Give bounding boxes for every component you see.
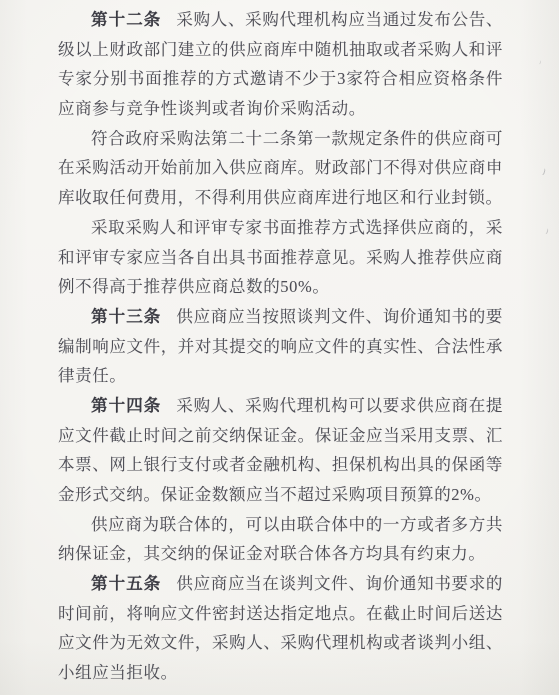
article-number: 第十五条 [91,574,161,593]
scan-speck [536,59,542,64]
line-text: 和评审专家应当各自出具书面推荐意见。采购人推荐供应商的比 [58,248,503,273]
line-text: 应文件截止时间之前交纳保证金。保证金应当采用支票、汇票、 [58,426,503,451]
line-text: 专家分别书面推荐的方式邀请不少于3家符合相应资格条件的供 [58,69,503,94]
text-line: 小组应当拒收。 [58,658,503,688]
paragraph-first-line: 采取采购人和评审专家书面推荐方式选择供应商的，采购人 [58,213,503,243]
text-line: 编制响应文件，并对其提交的响应文件的真实性、合法性承担法 [58,332,503,362]
text-line: 在采购活动开始前加入供应商库。财政部门不得对供应商申请入 [58,153,503,183]
line-text: 纳保证金，其交纳的保证金对联合体各方均具有约束力。 [58,544,486,563]
line-text: 采取采购人和评审专家书面推荐方式选择供应商的，采购人 [91,218,503,243]
document-page: 第十二条采购人、采购代理机构应当通过发布公告、从省 级以上财政部门建立的供应商库… [0,0,559,695]
text-line: 金形式交纳。保证金数额应当不超过采购项目预算的2%。 [58,480,503,510]
paragraph-article-14: 第十四条采购人、采购代理机构可以要求供应商在提交响 应文件截止时间之前交纳保证金… [58,391,503,510]
line-text: 本票、网上银行支付或者金融机构、担保机构出具的保函等非现 [58,455,503,480]
paragraph-written-recommendation: 采取采购人和评审专家书面推荐方式选择供应商的，采购人 和评审专家应当各自出具书面… [58,213,503,302]
line-text: 金形式交纳。保证金数额应当不超过采购项目预算的2%。 [58,485,492,504]
line-text: 在采购活动开始前加入供应商库。财政部门不得对供应商申请入 [58,158,503,183]
paragraph-article-12: 第十二条采购人、采购代理机构应当通过发布公告、从省 级以上财政部门建立的供应商库… [58,5,503,124]
text-line: 应文件截止时间之前交纳保证金。保证金应当采用支票、汇票、 [58,421,503,451]
paragraph-first-line: 第十二条采购人、采购代理机构应当通过发布公告、从省 [58,5,503,35]
paragraph-first-line: 供应商为联合体的，可以由联合体中的一方或者多方共同交 [58,510,503,540]
text-line: 例不得高于推荐供应商总数的50%。 [58,272,503,302]
line-text: 供应商为联合体的，可以由联合体中的一方或者多方共同交 [91,515,503,540]
line-text: 小组应当拒收。 [58,663,178,682]
article-number: 第十四条 [91,396,161,415]
scan-speck [542,227,549,234]
paragraph-consortium-deposit: 供应商为联合体的，可以由联合体中的一方或者多方共同交 纳保证金，其交纳的保证金对… [58,510,503,569]
line-text: 符合政府采购法第二十二条第一款规定条件的供应商可以 [91,129,503,154]
line-text: 时间前，将响应文件密封送达指定地点。在截止时间后送达的响 [58,604,503,629]
scan-speck [539,167,546,175]
text-line: 专家分别书面推荐的方式邀请不少于3家符合相应资格条件的供 [58,64,503,94]
text-line: 和评审专家应当各自出具书面推荐意见。采购人推荐供应商的比 [58,243,503,273]
line-text: 编制响应文件，并对其提交的响应文件的真实性、合法性承担法 [58,337,503,362]
text-line: 级以上财政部门建立的供应商库中随机抽取或者采购人和评审 [58,35,503,65]
line-text: 例不得高于推荐供应商总数的50%。 [58,277,329,296]
paragraph-first-line: 符合政府采购法第二十二条第一款规定条件的供应商可以 [58,124,503,154]
text-line: 时间前，将响应文件密封送达指定地点。在截止时间后送达的响 [58,599,503,629]
paragraph-first-line: 第十三条供应商应当按照谈判文件、询价通知书的要求 [58,302,503,332]
line-text: 级以上财政部门建立的供应商库中随机抽取或者采购人和评审 [58,40,503,65]
paragraph-supplier-pool: 符合政府采购法第二十二条第一款规定条件的供应商可以 在采购活动开始前加入供应商库… [58,124,503,213]
text-line: 律责任。 [58,361,503,391]
text-line: 应商参与竞争性谈判或者询价采购活动。 [58,94,503,124]
text-line: 库收取任何费用，不得利用供应商库进行地区和行业封锁。 [58,183,503,213]
article-number: 第十三条 [91,307,161,326]
paragraph-article-15: 第十五条供应商应当在谈判文件、询价通知书要求的截止 时间前，将响应文件密封送达指… [58,569,503,688]
paragraph-article-13: 第十三条供应商应当按照谈判文件、询价通知书的要求 编制响应文件，并对其提交的响应… [58,302,503,391]
paragraph-first-line: 第十四条采购人、采购代理机构可以要求供应商在提交响 [58,391,503,421]
line-text: 应商参与竞争性谈判或者询价采购活动。 [58,99,366,118]
article-number: 第十二条 [91,10,161,29]
line-text: 律责任。 [58,366,126,385]
line-text: 应文件为无效文件，采购人、采购代理机构或者谈判小组、询价 [58,633,503,658]
text-line: 应文件为无效文件，采购人、采购代理机构或者谈判小组、询价 [58,628,503,658]
paragraph-first-line: 第十五条供应商应当在谈判文件、询价通知书要求的截止 [58,569,503,599]
line-text: 库收取任何费用，不得利用供应商库进行地区和行业封锁。 [58,188,503,207]
text-line: 纳保证金，其交纳的保证金对联合体各方均具有约束力。 [58,539,503,569]
text-line: 本票、网上银行支付或者金融机构、担保机构出具的保函等非现 [58,450,503,480]
